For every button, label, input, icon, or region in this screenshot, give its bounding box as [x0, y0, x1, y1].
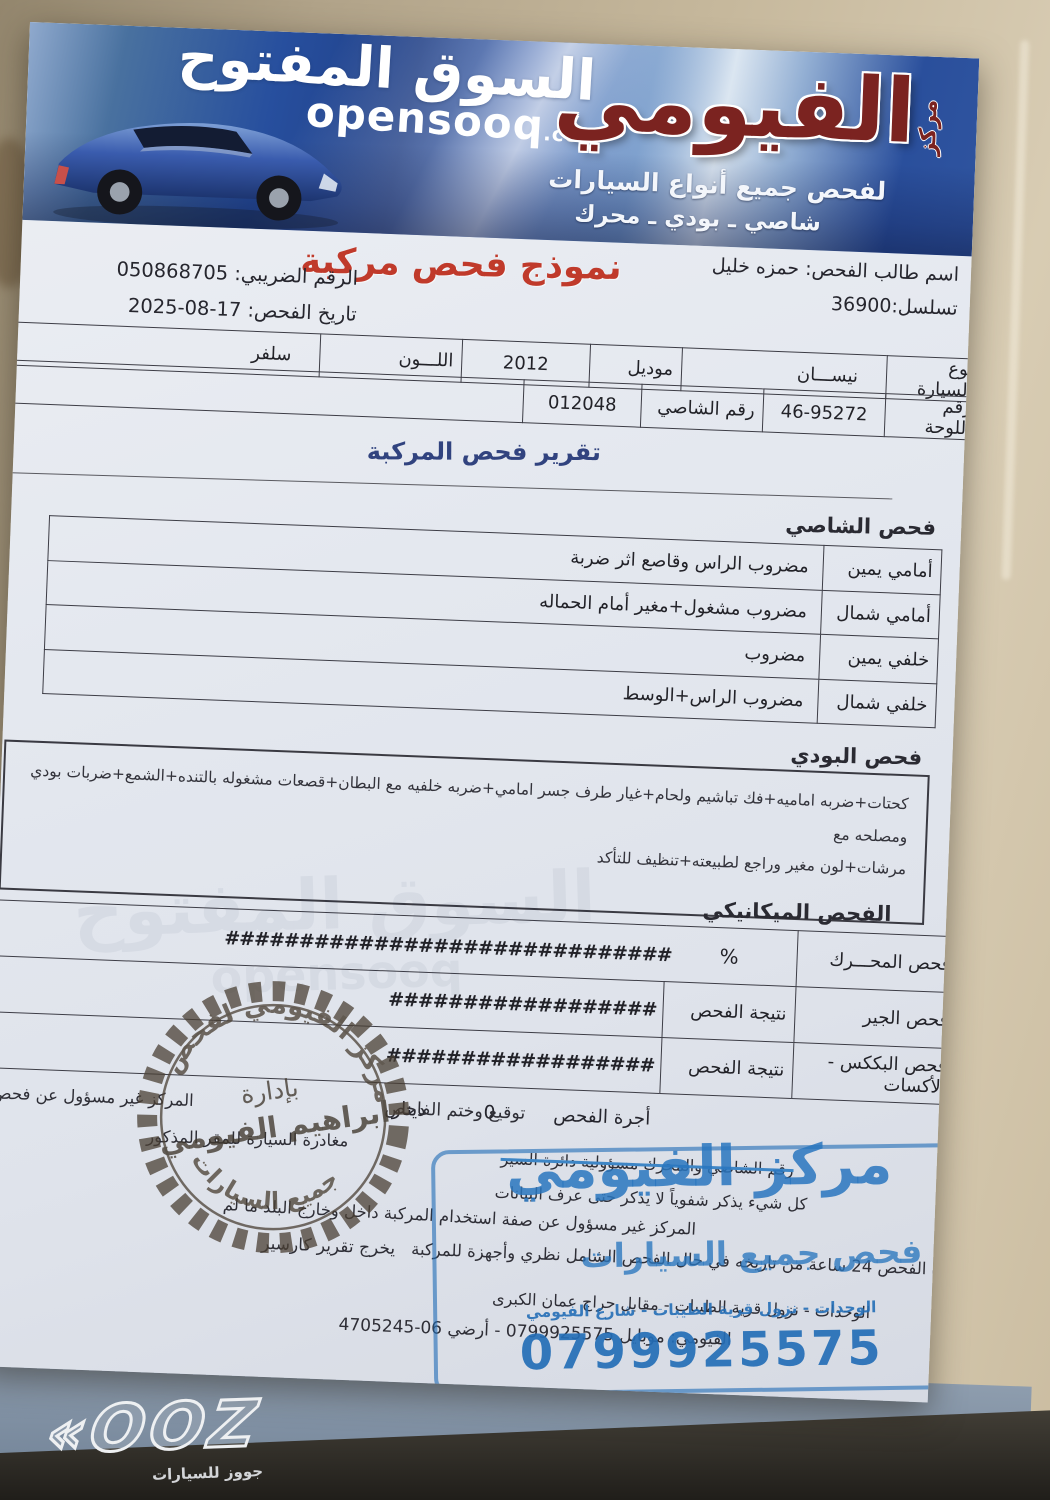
chassis-inspection-table: أمامي يمين مضروب الراس وقاصع اثر ضربة أم… [42, 515, 942, 728]
plate-number-value: 46-95272 [762, 389, 886, 437]
fee-label: أجرة الفحص [553, 1105, 651, 1130]
handwritten-report-title: تقرير فحص المركبة [334, 437, 634, 466]
zooz-caption: جووز للسيارات [152, 1462, 264, 1484]
blue-center-stamp: مركز الفيومي فحص جميع السيارات الوحدات -… [431, 1143, 970, 1396]
chassis-pos-label: خلفي شمال [817, 679, 937, 728]
gear-test-label: فحص الجير [794, 987, 958, 1049]
photo-scene: السوق المفتوح opensooq.com مركز الفيومي … [0, 0, 1050, 1500]
zooz-watermark-logo: «OOZ [44, 1392, 266, 1464]
header-banner: السوق المفتوح opensooq.com مركز الفيومي … [22, 22, 979, 256]
tax-date-block: الرقم الضريبي: 050868705 تاريخ الفحص: 17… [114, 252, 358, 333]
gear-test-unit: نتيجة الفحص [662, 982, 796, 1043]
axle-test-label: فحص البككس - الأكسات [792, 1043, 956, 1105]
percent-unit: % [719, 944, 739, 969]
blue-stamp-address: الوحدات - نزول قرية الطيبات - شارع الفيو… [437, 1297, 965, 1322]
requester-block: اسم طالب الفحص: حمزه خليل تسلسل:36900 [710, 248, 960, 326]
chassis-pos-label: أمامي يمين [822, 545, 942, 594]
chassis-pos-label: خلفي يمين [819, 634, 939, 683]
mechanical-section-title: الفحص الميكانيكي [702, 898, 892, 926]
engine-test-label: فحص المحـــرك [796, 931, 960, 993]
plate-number-label: رقم اللوحة [884, 394, 979, 441]
round-ink-stamp: مركز الفيومي لفحص جميع السيارات بإدارة ا… [103, 947, 443, 1287]
blue-stamp-name: مركز الفيومي [440, 1131, 959, 1203]
car-seat-leather-seam [1002, 40, 1030, 580]
blue-stamp-line2: فحص جميع السيارات [580, 1232, 922, 1276]
zooz-letters: OOZ [86, 1387, 267, 1467]
chassis-pos-label: أمامي شمال [821, 590, 941, 639]
chassis-section-title: فحص الشاصي [785, 513, 936, 540]
inspection-form-paper: السوق المفتوح opensooq.com مركز الفيومي … [0, 22, 979, 1402]
axle-test-unit: نتيجة الفحص [660, 1038, 794, 1099]
divider-line [0, 471, 892, 499]
chassis-number-value: 012048 [522, 380, 642, 427]
stamp-center-line1: بإدارة [239, 1073, 300, 1111]
chassis-number-label: رقم الشاصي [640, 385, 764, 433]
fayoumi-center-word: مركز [914, 99, 942, 156]
body-section-title: فحص البودي [790, 743, 922, 770]
fayoumi-logo: الفيومي [553, 52, 917, 158]
blue-stamp-phone: 0799925575 [437, 1319, 966, 1382]
